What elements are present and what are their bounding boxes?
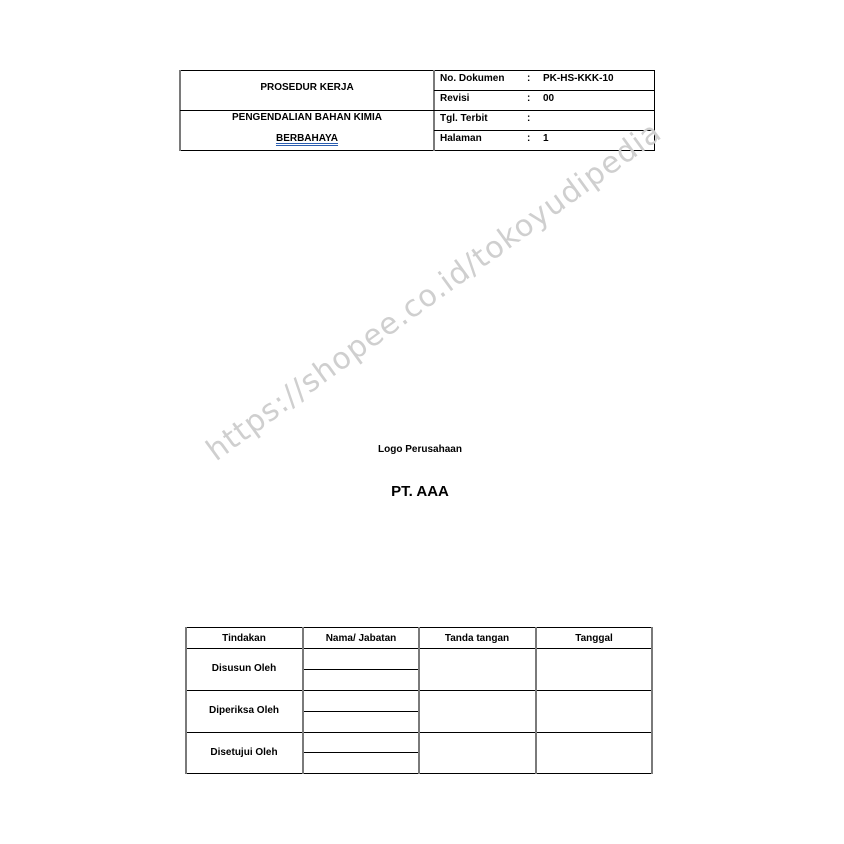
field-sep: :	[527, 73, 530, 84]
field-value-no-dokumen: PK-HS-KKK-10	[543, 73, 614, 84]
row-disetujui: Disetujui Oleh	[186, 747, 302, 758]
field-label-tgl-terbit: Tgl. Terbit	[440, 113, 488, 124]
field-sep: :	[527, 133, 530, 144]
company-name: PT. AAA	[320, 483, 520, 500]
logo-placeholder: Logo Perusahaan	[320, 444, 520, 455]
header-nama-jabatan: Nama/ Jabatan	[303, 633, 419, 644]
field-value-halaman: 1	[543, 133, 549, 144]
field-value-revisi: 00	[543, 93, 554, 104]
field-sep: :	[527, 113, 530, 124]
field-label-revisi: Revisi	[440, 93, 469, 104]
document-title-line1: PENGENDALIAN BAHAN KIMIA	[180, 112, 434, 123]
field-label-halaman: Halaman	[440, 133, 482, 144]
watermark: https://shopee.co.id/tokoyudipedia	[200, 158, 609, 468]
row-disusun: Disusun Oleh	[186, 663, 302, 674]
header-tanda-tangan: Tanda tangan	[419, 633, 535, 644]
header-tindakan: Tindakan	[186, 633, 302, 644]
document-type: PROSEDUR KERJA	[180, 82, 434, 93]
document-title-line2: BERBAHAYA	[180, 133, 434, 144]
field-sep: :	[527, 93, 530, 104]
header-tanggal: Tanggal	[536, 633, 652, 644]
field-label-no-dokumen: No. Dokumen	[440, 73, 504, 84]
row-diperiksa: Diperiksa Oleh	[186, 705, 302, 716]
